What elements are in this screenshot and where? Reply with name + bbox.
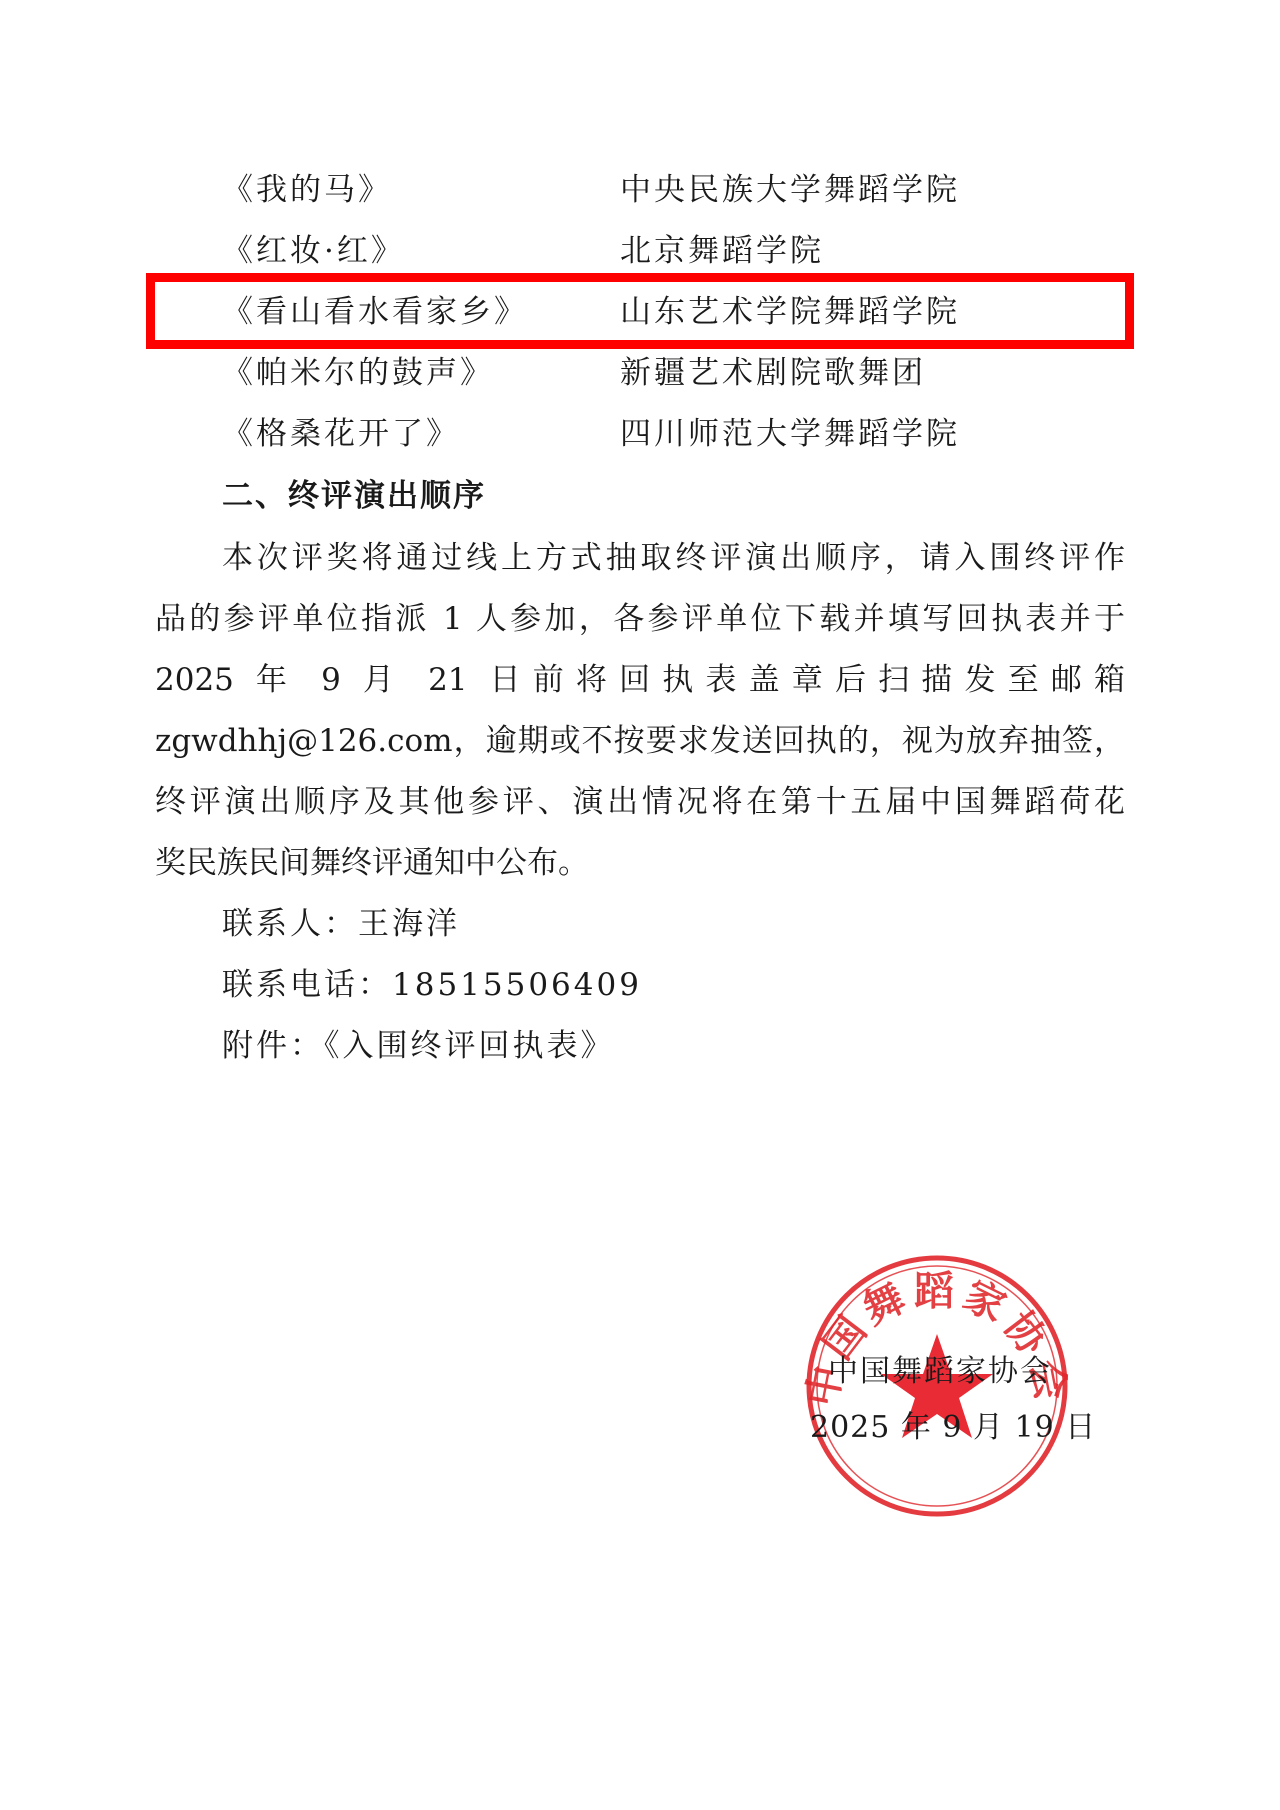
entry-row: 《我的马》 中央民族大学舞蹈学院	[0, 160, 1280, 220]
paragraph-line: 品的参评单位指派 1 人参加，各参评单位下载并填写回执表并于	[155, 589, 1125, 649]
document-page: 《我的马》 中央民族大学舞蹈学院 《红妆·红》 北京舞蹈学院 《看山看水看家乡》…	[0, 0, 1280, 1810]
entry-row: 《帕米尔的鼓声》 新疆艺术剧院歌舞团	[0, 343, 1280, 403]
submitting-unit: 山东艺术学院舞蹈学院	[620, 282, 960, 342]
contact-phone: 联系电话：18515506409	[222, 955, 642, 1015]
paragraph-line: 奖民族民间舞终评通知中公布。	[155, 833, 1125, 893]
submitting-unit: 中央民族大学舞蹈学院	[620, 160, 960, 220]
signature-date: 2025 年 9 月 19 日	[810, 1408, 1096, 1448]
work-title: 《格桑花开了》	[222, 404, 460, 464]
paragraph-line: 终评演出顺序及其他参评、演出情况将在第十五届中国舞蹈荷花	[155, 772, 1125, 832]
entry-row: 《格桑花开了》 四川师范大学舞蹈学院	[0, 404, 1280, 464]
paragraph-line: zgwdhhj@126.com，逾期或不按要求发送回执的，视为放弃抽签，	[155, 711, 1125, 771]
attachment-link[interactable]: 附件：《入围终评回执表》	[222, 1016, 615, 1076]
submitting-unit: 北京舞蹈学院	[620, 221, 824, 281]
section-heading: 二、终评演出顺序	[222, 466, 486, 526]
entry-row-highlighted: 《看山看水看家乡》 山东艺术学院舞蹈学院	[0, 282, 1280, 342]
work-title: 《我的马》	[222, 160, 392, 220]
submitting-unit: 四川师范大学舞蹈学院	[620, 404, 960, 464]
signature-organization: 中国舞蹈家协会	[828, 1352, 1052, 1392]
work-title: 《看山看水看家乡》	[222, 282, 528, 342]
entry-row: 《红妆·红》 北京舞蹈学院	[0, 221, 1280, 281]
paragraph-line: 2025 年 9 月 21 日前将回执表盖章后扫描发至邮箱	[155, 650, 1125, 710]
paragraph-line: 本次评奖将通过线上方式抽取终评演出顺序，请入围终评作	[222, 528, 1125, 588]
work-title: 《红妆·红》	[222, 221, 405, 281]
contact-person: 联系人：王海洋	[222, 894, 460, 954]
work-title: 《帕米尔的鼓声》	[222, 343, 494, 403]
submitting-unit: 新疆艺术剧院歌舞团	[620, 343, 926, 403]
